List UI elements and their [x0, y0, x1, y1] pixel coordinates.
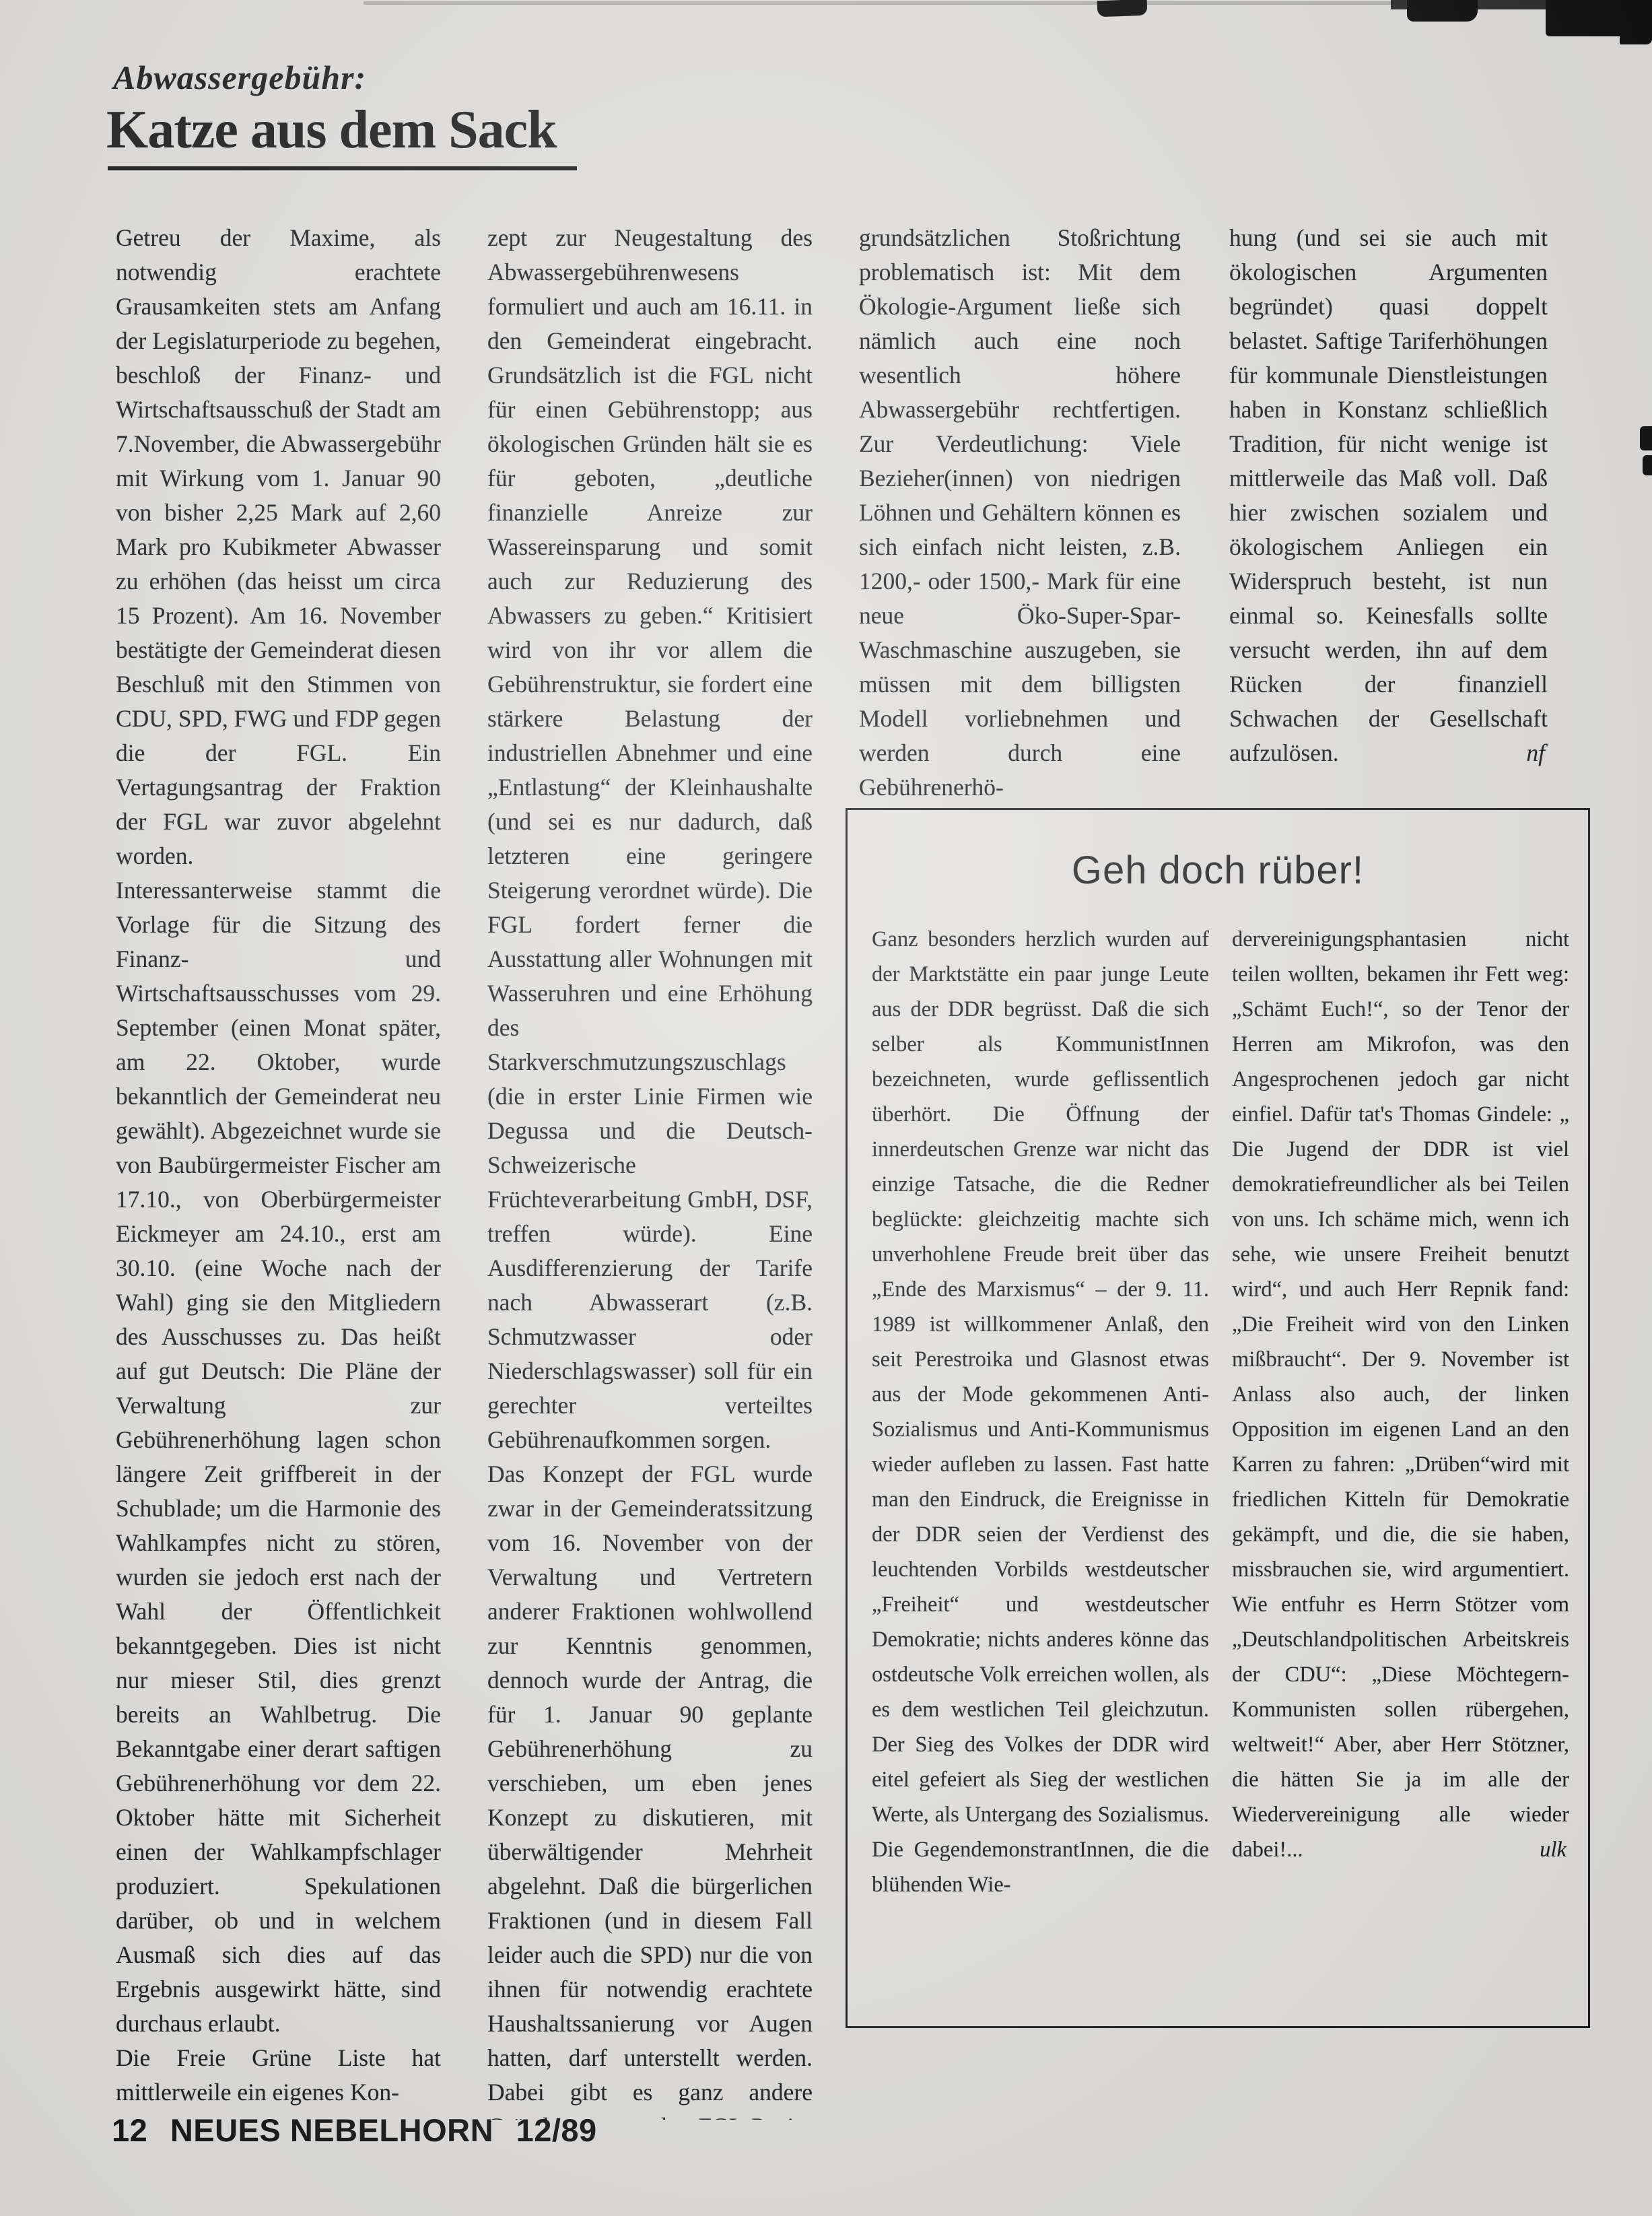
page-footer: 12 NEUES NEBELHORN 12/89 — [112, 2112, 611, 2149]
paragraph: Das Konzept der FGL wurde zwar in der Ge… — [487, 1457, 813, 2120]
paragraph: Ganz besonders herzlich wurden auf der M… — [872, 922, 1209, 1902]
column-paragraphs: dervereinigungsphantasien nicht teilen w… — [1232, 922, 1569, 1867]
paragraph: Die Freie Grüne Liste hat mittlerweile e… — [116, 2041, 441, 2110]
paragraph: hung (und sei sie auch mit ökologischen … — [1229, 221, 1548, 770]
box-column-2: dervereinigungsphantasien nicht teilen w… — [1232, 922, 1569, 2002]
boxed-article-columns: Ganz besonders herzlich wurden auf der M… — [872, 922, 1569, 2002]
paragraph: Getreu der Maxime, als notwendig erachte… — [116, 221, 441, 873]
article-column-4: hung (und sei sie auch mit ökologischen … — [1229, 221, 1548, 840]
box-column-1: Ganz besonders herzlich wurden auf der M… — [872, 922, 1209, 2002]
article-column-3: grundsätzlichen Stoßrichtung problematis… — [859, 221, 1181, 827]
footer-page-number: 12 — [112, 2112, 147, 2148]
scan-artifact — [1097, 0, 1148, 17]
scan-artifact — [1640, 426, 1652, 450]
footer-publication: NEUES NEBELHORN — [170, 2112, 493, 2148]
scan-artifact — [1643, 455, 1652, 475]
paragraph: Interessanterweise stammt die Vorlage fü… — [116, 873, 441, 2041]
boxed-article-title: Geh doch rüber! — [848, 848, 1588, 893]
headline-rule — [108, 166, 577, 170]
scan-artifact — [1620, 0, 1652, 44]
paragraph: dervereinigungsphantasien nicht teilen w… — [1232, 922, 1569, 1867]
article-column-1: Getreu der Maxime, als notwendig erachte… — [116, 221, 441, 2120]
paragraph: grundsätzlichen Stoßrichtung problematis… — [859, 221, 1181, 805]
scan-artifact — [364, 1, 1393, 5]
footer-issue: 12/89 — [516, 2112, 597, 2148]
column-paragraphs: hung (und sei sie auch mit ökologischen … — [1229, 221, 1548, 770]
article-column-2: zept zur Neugestaltung des Abwassergebüh… — [487, 221, 813, 2120]
headline: Katze aus dem Sack — [106, 100, 557, 161]
boxed-article: Geh doch rüber! Ganz besonders herzlich … — [846, 808, 1590, 2028]
paragraph: zept zur Neugestaltung des Abwassergebüh… — [487, 221, 813, 1457]
scan-artifact — [1407, 0, 1478, 22]
kicker: Abwassergebühr: — [113, 58, 366, 97]
newspaper-page: Abwassergebühr: Katze aus dem Sack Getre… — [0, 0, 1652, 2216]
